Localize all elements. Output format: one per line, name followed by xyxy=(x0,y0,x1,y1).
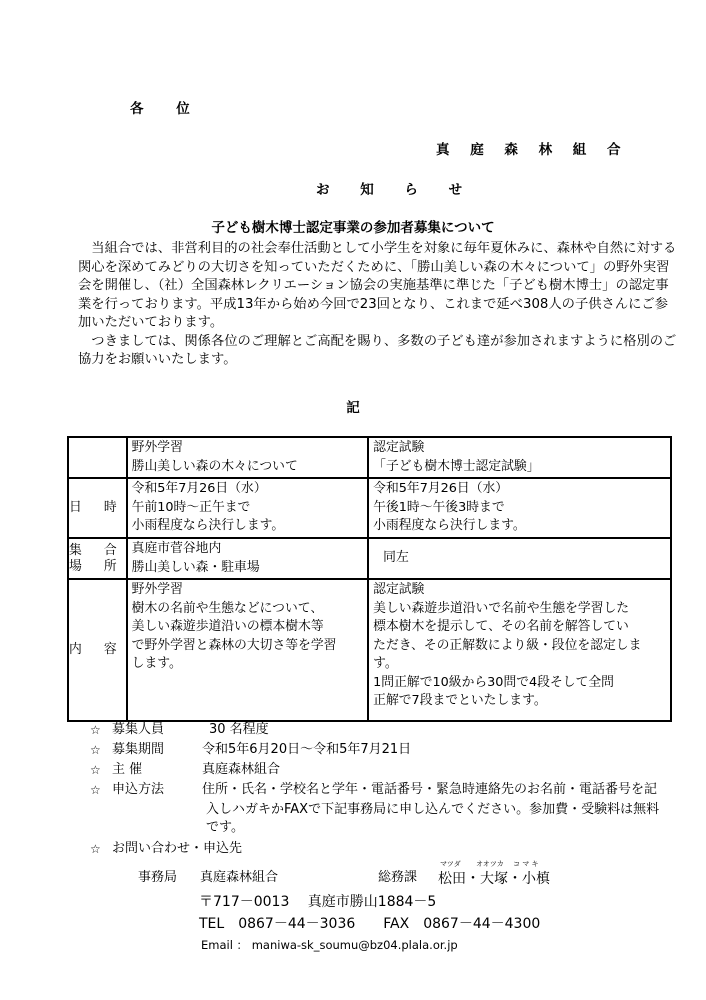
table-row-meeting-place: 集 合 場 所 真庭市菅谷地内 勝山美しい森・駐車場 同左 xyxy=(68,538,671,579)
star-icon: ☆ xyxy=(90,781,101,799)
cell-line: 正解で7段までといたします。 xyxy=(373,692,666,711)
label-line: 場 所 xyxy=(69,559,126,575)
staff-names: 松田・大塚・小槙 xyxy=(438,868,550,888)
info-label: 申込方法 xyxy=(112,781,164,799)
email-address[interactable]: Email ： maniwa-sk_soumu@bz04.plala.or.jp xyxy=(201,937,458,953)
sender-organization: 真 庭 森 林 組 合 xyxy=(436,138,629,158)
cell-line: で野外学習と森林の大切さ等を学習 xyxy=(132,637,363,656)
notice-title: お 知 ら せ xyxy=(316,178,475,198)
cell-line: 認定試験 xyxy=(373,439,666,458)
cell-line: 令和5年7月26日（水） xyxy=(373,480,666,499)
row-label-datetime: 日 時 xyxy=(68,478,127,538)
table-row-content: 内 容 野外学習 樹木の名前や生態などについて、 美しい森遊歩道沿いの標本樹木等… xyxy=(68,579,671,721)
details-table: 野外学習 勝山美しい森の木々について 認定試験 「子ども樹木博士認定試験」 日 … xyxy=(67,436,672,722)
office-name: 真庭森林組合 xyxy=(200,866,278,885)
meeting-place-field-study: 真庭市菅谷地内 勝山美しい森・駐車場 xyxy=(127,538,368,579)
postal-address: 〒717－0013 真庭市勝山1884－5 xyxy=(199,891,436,911)
exam-header: 認定試験 「子ども樹木博士認定試験」 xyxy=(368,437,671,478)
label-line: 集 合 xyxy=(69,543,126,559)
star-icon: ☆ xyxy=(90,741,101,759)
cell-line: 認定試験 xyxy=(373,581,666,600)
datetime-exam: 令和5年7月26日（水） 午後1時～午後3時まで 小雨程度なら決行します。 xyxy=(368,478,671,538)
content-exam: 認定試験 美しい森遊歩道沿いで名前や生態を学習した 標本樹木を提示して、その名前… xyxy=(368,579,671,721)
empty-header-cell xyxy=(68,437,127,478)
info-value: 住所・氏名・学校名と学年・電話番号・緊急時連絡先のお名前・電話番号を記 xyxy=(202,781,657,799)
star-icon: ☆ xyxy=(90,840,101,858)
cell-line: 午前10時～正午まで xyxy=(132,499,363,518)
info-label: 募集人員 xyxy=(112,721,164,739)
cell-line: 小雨程度なら決行します。 xyxy=(373,517,666,536)
office-label: 事務局 xyxy=(138,866,177,885)
cell-line: ただき、その正解数により級・段位を認定しま xyxy=(373,637,666,656)
row-label-content: 内 容 xyxy=(68,579,127,721)
info-label: 主 催 xyxy=(112,761,142,779)
field-study-header: 野外学習 勝山美しい森の木々について xyxy=(127,437,368,478)
cell-line: 美しい森遊歩道沿いの標本樹木等 xyxy=(132,618,363,637)
meeting-place-exam: 同左 xyxy=(368,538,671,579)
cell-line: 「子ども樹木博士認定試験」 xyxy=(373,458,666,477)
table-row-datetime: 日 時 令和5年7月26日（水） 午前10時～正午まで 小雨程度なら決行します。… xyxy=(68,478,671,538)
cell-line: す。 xyxy=(373,655,666,674)
cell-line: 勝山美しい森・駐車場 xyxy=(132,559,363,578)
cell-line: 美しい森遊歩道沿いで名前や生態を学習した xyxy=(373,600,666,619)
content-field-study: 野外学習 樹木の名前や生態などについて、 美しい森遊歩道沿いの標本樹木等 で野外… xyxy=(127,579,368,721)
cell-line: 野外学習 xyxy=(132,439,363,458)
addressee: 各 位 xyxy=(130,97,204,117)
department: 総務課 xyxy=(378,866,417,885)
cell-line: 勝山美しい森の木々について xyxy=(132,458,363,477)
datetime-field-study: 令和5年7月26日（水） 午前10時～正午まで 小雨程度なら決行します。 xyxy=(127,478,368,538)
cell-line: 樹木の名前や生態などについて、 xyxy=(132,600,363,619)
application-method-continued: 入しハガキかFAXで下記事務局に申し込んでください。参加費・受験料は無料 です。 xyxy=(206,801,659,837)
star-icon: ☆ xyxy=(90,721,101,739)
cell-line: 令和5年7月26日（水） xyxy=(132,480,363,499)
cell-line: 1問正解で10級から30問で4段そして全問 xyxy=(373,674,666,693)
cell-line: します。 xyxy=(132,655,363,674)
document-subject: 子ども樹木博士認定事業の参加者募集について xyxy=(0,216,706,236)
tel-fax: TEL 0867－44－3036 FAX 0867－44－4300 xyxy=(199,913,540,933)
cell-line: 小雨程度なら決行します。 xyxy=(132,517,363,536)
table-header-row: 野外学習 勝山美しい森の木々について 認定試験 「子ども樹木博士認定試験」 xyxy=(68,437,671,478)
ki-heading: 記 xyxy=(0,396,706,416)
info-value: 30 名程度 xyxy=(196,721,269,739)
cell-line: 真庭市菅谷地内 xyxy=(132,540,363,559)
body-text: 当組合では、非営利目的の社会奉仕活動として小学生を対象に毎年夏休みに、森林や自然… xyxy=(78,240,680,370)
star-icon: ☆ xyxy=(90,761,101,779)
continued-line: 入しハガキかFAXで下記事務局に申し込んでください。参加費・受験料は無料 xyxy=(206,801,659,819)
info-value: 真庭森林組合 xyxy=(202,761,280,779)
info-value: 令和5年6月20日～令和5年7月21日 xyxy=(202,741,411,759)
cell-line: 標本樹木を提示して、その名前を解答してい xyxy=(373,618,666,637)
cell-line: 午後1時～午後3時まで xyxy=(373,499,666,518)
body-paragraph-2: つきましては、関係各位のご理解とご高配を賜り、多数の子ども達が参加されますように… xyxy=(78,333,680,370)
cell-line: 野外学習 xyxy=(132,581,363,600)
info-label: 募集期間 xyxy=(112,741,164,759)
info-label: お問い合わせ・申込先 xyxy=(112,840,242,858)
row-label-meeting-place: 集 合 場 所 xyxy=(68,538,127,579)
continued-line: です。 xyxy=(206,819,659,837)
body-paragraph-1: 当組合では、非営利目的の社会奉仕活動として小学生を対象に毎年夏休みに、森林や自然… xyxy=(78,240,680,333)
cell-line: 同左 xyxy=(383,549,666,568)
